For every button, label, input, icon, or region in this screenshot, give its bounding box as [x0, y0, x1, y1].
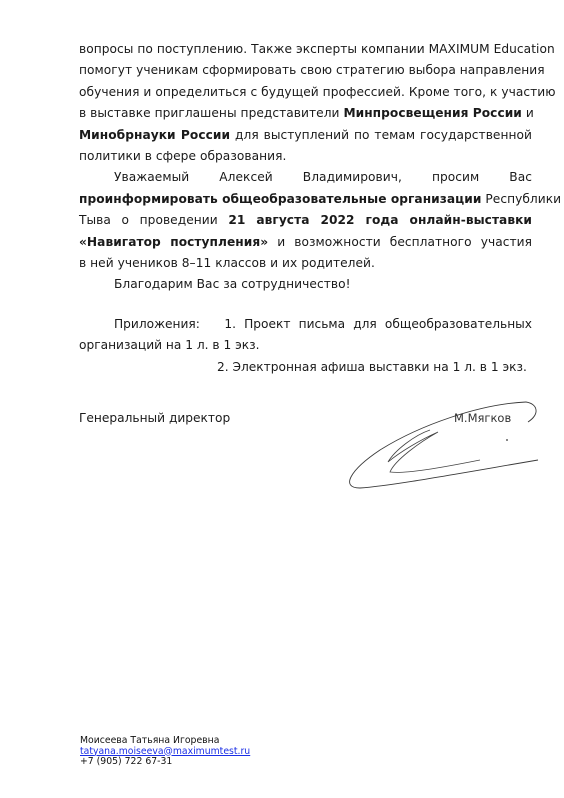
bold-text: «Навигатор поступления»	[79, 235, 268, 249]
text-run: вопросы по поступлению. Также эксперты к…	[79, 42, 555, 56]
text-line: Тыва о проведении 21 августа 2022 года о…	[79, 210, 532, 231]
signer-position: Генеральный директор	[79, 410, 230, 426]
text-line: политики в сфере образования.	[79, 146, 532, 167]
text-run: помогут ученикам сформировать свою страт…	[79, 63, 545, 77]
text-line: в выставке приглашены представители Минп…	[79, 103, 532, 124]
text-run: в ней учеников 8–11 классов и их родител…	[79, 256, 375, 270]
bold-text: Минпросвещения России	[343, 106, 521, 120]
attachment-item-2: 2. Электронная афиша выставки на 1 л. в …	[79, 357, 532, 378]
attachments-label: Приложения:	[114, 317, 200, 331]
text-line: Минобрнауки России для выступлений по те…	[79, 125, 532, 146]
paragraph-experts: вопросы по поступлению. Также эксперты к…	[79, 39, 532, 167]
text-line: проинформировать общеобразовательные орг…	[79, 189, 532, 210]
text-run: и возможности бесплатного участия	[268, 235, 532, 249]
text-run: Республики	[481, 192, 561, 206]
text-line: вопросы по поступлению. Также эксперты к…	[79, 39, 532, 60]
attachment-item-1-text: 1. Проект письма для общеобразовательных	[224, 317, 532, 331]
text-run: для выступлений по темам государственной	[230, 128, 532, 142]
attachment-item-1: Приложения: 1. Проект письма для общеобр…	[79, 314, 532, 335]
bold-text: 21 августа 2022 года онлайн-выставки	[228, 213, 532, 227]
text-run: обучения и определиться с будущей профес…	[79, 85, 556, 99]
text-run: Тыва о проведении	[79, 213, 228, 227]
contact-block: Моисеева Татьяна Игоревна tatyana.moisee…	[80, 736, 250, 768]
contact-phone: +7 (905) 722 67-31	[80, 757, 250, 768]
letter-body: вопросы по поступлению. Также эксперты к…	[79, 39, 532, 296]
contact-name: Моисеева Татьяна Игоревна	[80, 736, 250, 747]
bold-text: Минобрнауки России	[79, 128, 230, 142]
text-line: обучения и определиться с будущей профес…	[79, 82, 532, 103]
signer-name: М.Мягков	[454, 410, 511, 426]
attachment-item-1-continued: организаций на 1 л. в 1 экз.	[79, 335, 532, 356]
text-line: «Навигатор поступления» и возможности бе…	[79, 232, 532, 253]
text-line: в ней учеников 8–11 классов и их родител…	[79, 253, 532, 274]
paragraph-thanks: Благодарим Вас за сотрудничество!	[79, 274, 532, 295]
text-run: Уважаемый Алексей Владимирович, просим В…	[114, 170, 532, 184]
document-page: вопросы по поступлению. Также эксперты к…	[0, 0, 564, 798]
text-run: и	[522, 106, 534, 120]
thanks-text: Благодарим Вас за сотрудничество!	[79, 274, 532, 295]
bold-text: проинформировать общеобразовательные орг…	[79, 192, 481, 206]
text-run: политики в сфере образования.	[79, 149, 286, 163]
handwritten-signature	[330, 390, 550, 500]
text-line: Уважаемый Алексей Владимирович, просим В…	[79, 167, 532, 188]
attachments-block: Приложения: 1. Проект письма для общеобр…	[79, 314, 532, 378]
text-line: помогут ученикам сформировать свою страт…	[79, 60, 532, 81]
text-run: в выставке приглашены представители	[79, 106, 343, 120]
paragraph-request: Уважаемый Алексей Владимирович, просим В…	[79, 167, 532, 274]
